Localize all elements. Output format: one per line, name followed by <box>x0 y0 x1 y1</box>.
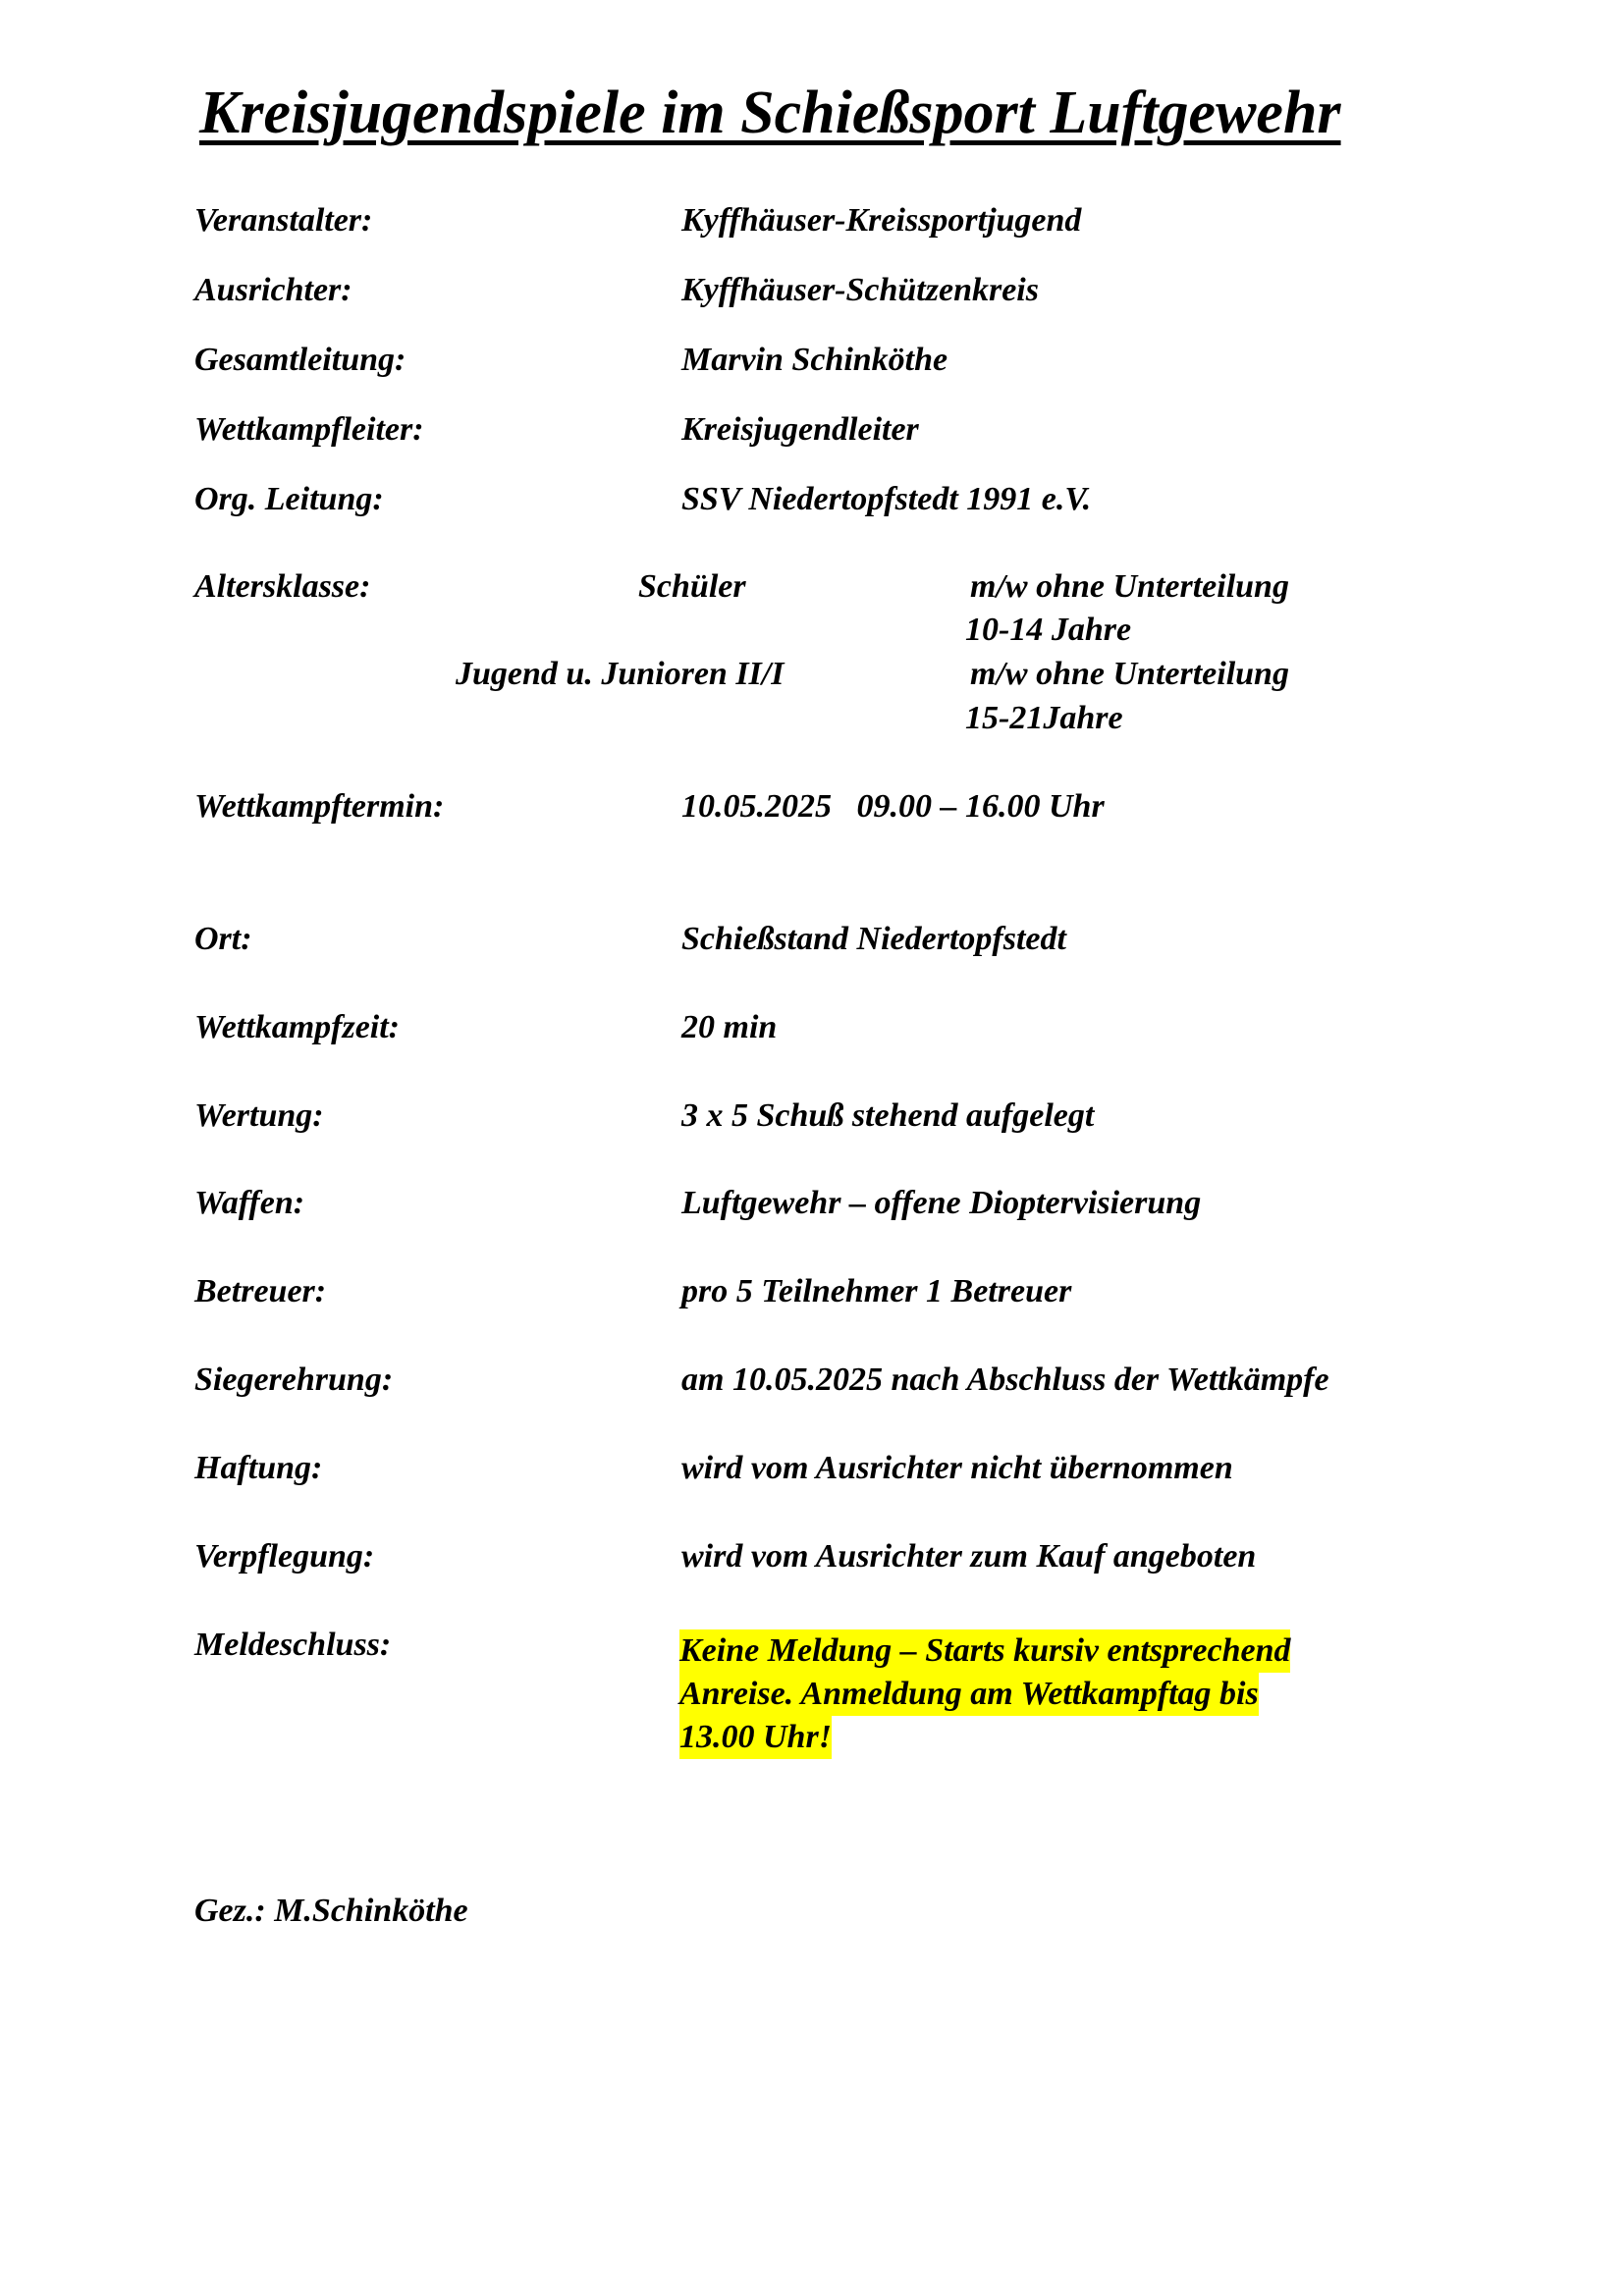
signature: Gez.: M.Schinköthe <box>194 1890 468 1933</box>
field-value: pro 5 Teilnehmer 1 Betreuer <box>681 1270 1071 1313</box>
field-label: Betreuer: <box>194 1270 326 1313</box>
age-class-desc: m/w ohne Unterteilung <box>970 653 1289 696</box>
field-value: Kyffhäuser-Kreissportjugend <box>681 199 1081 242</box>
field-label: Ort: <box>194 918 252 961</box>
registration-notice: Keine Meldung – Starts kursiv entspreche… <box>679 1629 1290 1759</box>
field-value: SSV Niedertopfstedt 1991 e.V. <box>681 478 1091 521</box>
field-value: 10.05.2025 09.00 – 16.00 Uhr <box>681 785 1105 828</box>
field-label: Veranstalter: <box>194 199 372 242</box>
field-value: 20 min <box>681 1006 777 1049</box>
field-label: Waffen: <box>194 1182 304 1225</box>
field-value: Kreisjugendleiter <box>681 408 919 452</box>
age-class-name: Schüler <box>638 565 746 609</box>
field-value: Luftgewehr – offene Dioptervisierung <box>681 1182 1201 1225</box>
age-class-ages: 15-21Jahre <box>965 697 1123 740</box>
age-class-ages: 10-14 Jahre <box>965 609 1131 652</box>
field-label: Wertung: <box>194 1095 324 1138</box>
field-value: 3 x 5 Schuß stehend aufgelegt <box>681 1095 1094 1138</box>
field-label: Siegerehrung: <box>194 1359 393 1402</box>
field-label: Ausrichter: <box>194 269 352 312</box>
registration-line: Anreise. Anmeldung am Wettkampftag bis <box>679 1673 1259 1716</box>
registration-line: Keine Meldung – Starts kursiv entspreche… <box>679 1629 1290 1673</box>
registration-line: 13.00 Uhr! <box>679 1716 832 1759</box>
field-label: Gesamtleitung: <box>194 339 406 382</box>
field-label: Verpflegung: <box>194 1535 374 1578</box>
field-value: Marvin Schinköthe <box>681 339 947 382</box>
field-label: Org. Leitung: <box>194 478 384 521</box>
field-label: Wettkampfzeit: <box>194 1006 400 1049</box>
field-label: Meldeschluss: <box>194 1624 391 1667</box>
age-class-desc: m/w ohne Unterteilung <box>970 565 1289 609</box>
age-class-label: Altersklasse: <box>194 565 370 609</box>
field-value: wird vom Ausrichter nicht übernommen <box>681 1447 1233 1490</box>
field-label: Wettkampfleiter: <box>194 408 424 452</box>
field-label: Haftung: <box>194 1447 322 1490</box>
field-label: Wettkampftermin: <box>194 785 444 828</box>
field-value: wird vom Ausrichter zum Kauf angeboten <box>681 1535 1256 1578</box>
field-value: Kyffhäuser-Schützenkreis <box>681 269 1039 312</box>
document-title: Kreisjugendspiele im Schießsport Luftgew… <box>199 75 1436 151</box>
field-value: Schießstand Niedertopfstedt <box>681 918 1066 961</box>
field-value: am 10.05.2025 nach Abschluss der Wettkäm… <box>681 1359 1329 1402</box>
age-class-name: Jugend u. Junioren II/I <box>456 653 784 696</box>
